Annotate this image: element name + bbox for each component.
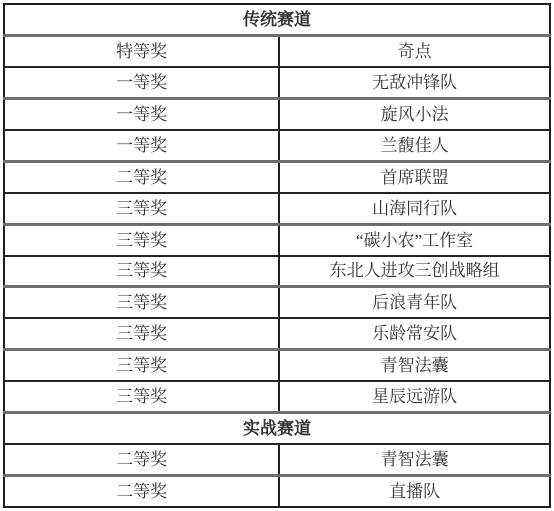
team-cell: 后浪青年队 — [279, 287, 550, 318]
team-cell: 直播队 — [279, 476, 550, 507]
award-row: 二等奖首席联盟 — [4, 161, 550, 192]
section-header: 传统赛道 — [4, 4, 550, 35]
prize-cell: 一等奖 — [4, 67, 279, 98]
award-row: 特等奖奇点 — [4, 35, 550, 66]
prize-cell: 三等奖 — [4, 381, 279, 412]
team-cell: 乐龄常安队 — [279, 318, 550, 349]
team-cell: 星辰远游队 — [279, 381, 550, 412]
award-row: 二等奖青智法囊 — [4, 444, 550, 475]
team-cell: “碳小农”工作室 — [279, 224, 550, 255]
section-header-row: 实战赛道 — [4, 413, 550, 444]
team-cell: 无敌冲锋队 — [279, 67, 550, 98]
team-cell: 兰馥佳人 — [279, 130, 550, 161]
prize-cell: 一等奖 — [4, 98, 279, 129]
award-row: 三等奖青智法囊 — [4, 350, 550, 381]
award-row: 三等奖后浪青年队 — [4, 287, 550, 318]
prize-cell: 三等奖 — [4, 224, 279, 255]
prize-cell: 二等奖 — [4, 161, 279, 192]
prize-cell: 二等奖 — [4, 444, 279, 475]
award-row: 二等奖直播队 — [4, 476, 550, 507]
prize-cell: 三等奖 — [4, 193, 279, 224]
prize-cell: 三等奖 — [4, 350, 279, 381]
team-cell: 山海同行队 — [279, 193, 550, 224]
team-cell: 旋风小法 — [279, 98, 550, 129]
awards-table: 传统赛道特等奖奇点一等奖无敌冲锋队一等奖旋风小法一等奖兰馥佳人二等奖首席联盟三等… — [3, 3, 551, 508]
award-row: 一等奖无敌冲锋队 — [4, 67, 550, 98]
award-row: 三等奖乐龄常安队 — [4, 318, 550, 349]
team-cell: 青智法囊 — [279, 444, 550, 475]
award-row: 一等奖旋风小法 — [4, 98, 550, 129]
prize-cell: 三等奖 — [4, 256, 279, 287]
awards-table-body: 传统赛道特等奖奇点一等奖无敌冲锋队一等奖旋风小法一等奖兰馥佳人二等奖首席联盟三等… — [4, 4, 550, 507]
prize-cell: 三等奖 — [4, 287, 279, 318]
award-row: 三等奖东北人进攻三创战略组 — [4, 256, 550, 287]
award-row: 一等奖兰馥佳人 — [4, 130, 550, 161]
section-header: 实战赛道 — [4, 413, 550, 444]
award-row: 三等奖星辰远游队 — [4, 381, 550, 412]
team-cell: 青智法囊 — [279, 350, 550, 381]
prize-cell: 特等奖 — [4, 35, 279, 66]
prize-cell: 一等奖 — [4, 130, 279, 161]
team-cell: 东北人进攻三创战略组 — [279, 256, 550, 287]
team-cell: 奇点 — [279, 35, 550, 66]
prize-cell: 二等奖 — [4, 476, 279, 507]
section-header-row: 传统赛道 — [4, 4, 550, 35]
team-cell: 首席联盟 — [279, 161, 550, 192]
award-row: 三等奖山海同行队 — [4, 193, 550, 224]
award-row: 三等奖“碳小农”工作室 — [4, 224, 550, 255]
prize-cell: 三等奖 — [4, 318, 279, 349]
awards-table-page: 传统赛道特等奖奇点一等奖无敌冲锋队一等奖旋风小法一等奖兰馥佳人二等奖首席联盟三等… — [0, 0, 554, 511]
